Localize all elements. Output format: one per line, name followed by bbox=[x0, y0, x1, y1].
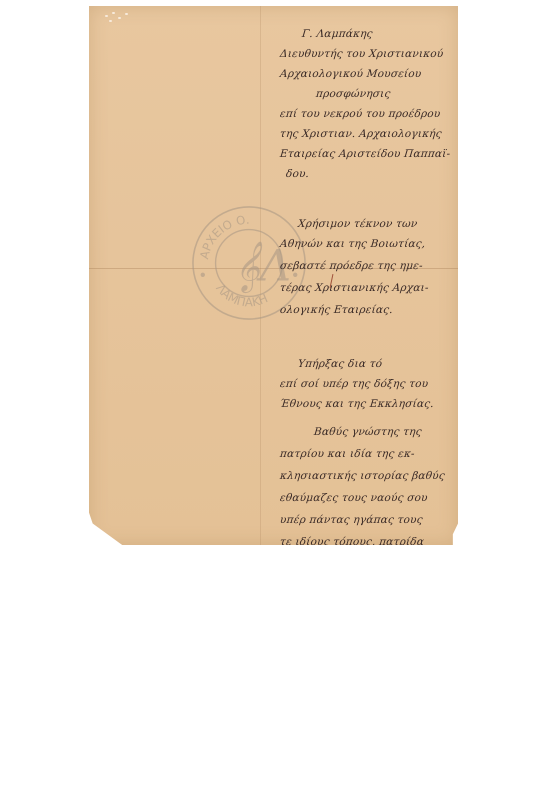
text-line: υπέρ πάντας ηγάπας τους bbox=[279, 514, 423, 526]
text-line: Αρχαιολογικού Μουσείου bbox=[279, 68, 422, 80]
text-line: Έθνους και της Εκκλησίας. bbox=[279, 398, 434, 410]
text-line: επί σοί υπέρ της δόξης του bbox=[279, 378, 429, 390]
text-line: Εταιρείας Αριστείδου Παππαϊ- bbox=[279, 148, 451, 160]
text-line: Υπήρξας δια τό bbox=[297, 358, 382, 370]
text-line: προσφώνησις bbox=[315, 88, 391, 100]
text-line: της Χριστιαν. Αρχαιολογικής bbox=[279, 128, 442, 140]
text-line: επί του νεκρού του προέδρου bbox=[279, 108, 441, 120]
letter-page: ΑΡΧΕΙΟ Ο. ΛΑΜΠΑΚΗ 𝄞Λ Γ. Λαμπάκης Διευθυν… bbox=[89, 6, 458, 545]
text-line: σεβαστέ πρόεδρε της ημε- bbox=[279, 260, 423, 272]
text-line: Χρήσιμον τέκνον των bbox=[297, 218, 418, 230]
text-line: πατρίου και ιδία της εκ- bbox=[279, 448, 415, 460]
text-line: Διευθυντής του Χριστιανικού bbox=[279, 48, 444, 60]
text-line: Αθηνών και της Βοιωτίας, bbox=[279, 238, 426, 250]
text-line: ολογικής Εταιρείας. bbox=[279, 304, 393, 316]
text-line: Βαθύς γνώστης της bbox=[313, 426, 422, 438]
paper-damage-marks bbox=[103, 11, 133, 25]
text-line: εθαύμαζες τους ναούς σου bbox=[279, 492, 428, 504]
text-line: τέρας Χριστιανικής Αρχαι- bbox=[279, 282, 429, 294]
text-line: Γ. Λαμπάκης bbox=[301, 28, 373, 40]
text-line: κλησιαστικής ιστορίας βαθύς bbox=[279, 470, 445, 482]
text-line: τε ιδίους τόπους, πατρίδα bbox=[279, 536, 424, 548]
text-line: δου. bbox=[285, 168, 309, 180]
